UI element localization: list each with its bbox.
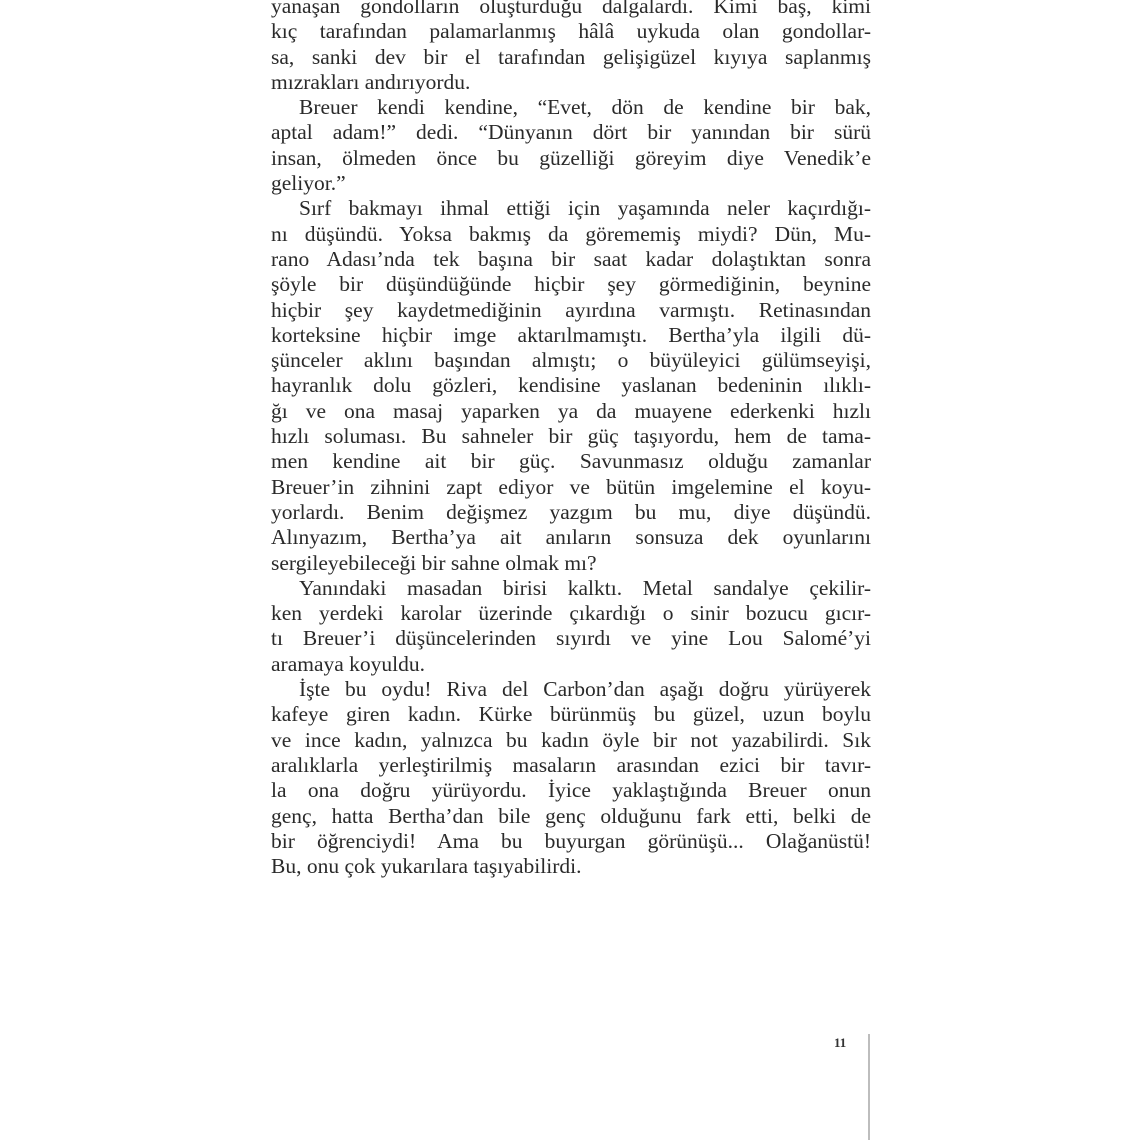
page-number: 11 (834, 1035, 846, 1051)
text-line: mızrakları andırıyordu. (271, 70, 871, 95)
text-line: tı Breuer’i düşüncelerinden sıyırdı ve y… (271, 626, 871, 651)
text-line: Breuer kendi kendine, “Evet, dön de kend… (271, 95, 871, 120)
text-line: yanaşan gondolların oluşturduğu dalgalar… (271, 0, 871, 19)
text-line: hiçbir şey kaydetmediğinin ayırdına varm… (271, 298, 871, 323)
text-line: hayranlık dolu gözleri, kendisine yaslan… (271, 373, 871, 398)
text-line: kafeye giren kadın. Kürke bürünmüş bu gü… (271, 702, 871, 727)
text-line: korteksine hiçbir imge aktarılmamıştı. B… (271, 323, 871, 348)
text-line: şöyle bir düşündüğünde hiçbir şey görmed… (271, 272, 871, 297)
text-line: şünceler aklını başından almıştı; o büyü… (271, 348, 871, 373)
text-line: ve ince kadın, yalnızca bu kadın öyle bi… (271, 728, 871, 753)
text-line: genç, hatta Bertha’dan bile genç olduğun… (271, 804, 871, 829)
text-line: Alınyazım, Bertha’ya ait anıların sonsuz… (271, 525, 871, 550)
text-line: Bu, onu çok yukarılara taşıyabilirdi. (271, 854, 871, 879)
text-line: Breuer’in zihnini zapt ediyor ve bütün i… (271, 475, 871, 500)
text-line: hızlı soluması. Bu sahneler bir güç taşı… (271, 424, 871, 449)
text-line: yorlardı. Benim değişmez yazgım bu mu, d… (271, 500, 871, 525)
page-edge-rule (868, 1034, 870, 1140)
text-line: İşte bu oydu! Riva del Carbon’dan aşağı … (271, 677, 871, 702)
text-line: Sırf bakmayı ihmal ettiği için yaşamında… (271, 196, 871, 221)
text-line: ğı ve ona masaj yaparken ya da muayene e… (271, 399, 871, 424)
text-line: sa, sanki dev bir el tarafından gelişigü… (271, 45, 871, 70)
text-line: rano Adası’nda tek başına bir saat kadar… (271, 247, 871, 272)
text-line: men kendine ait bir güç. Savunmasız oldu… (271, 449, 871, 474)
text-line: kıç tarafından palamarlanmış hâlâ uykuda… (271, 19, 871, 44)
text-line: la ona doğru yürüyordu. İyice yaklaştığı… (271, 778, 871, 803)
text-line: nı düşündü. Yoksa bakmış da görememiş mi… (271, 222, 871, 247)
text-line: geliyor.” (271, 171, 871, 196)
text-line: aramaya koyuldu. (271, 652, 871, 677)
text-line: insan, ölmeden önce bu güzelliği göreyim… (271, 146, 871, 171)
text-line: Yanındaki masadan birisi kalktı. Metal s… (271, 576, 871, 601)
text-line: ken yerdeki karolar üzerinde çıkardığı o… (271, 601, 871, 626)
text-line: bir öğrenciydi! Ama bu buyurgan görünüşü… (271, 829, 871, 854)
book-page-text: yanaşan gondolların oluşturduğu dalgalar… (271, 0, 871, 879)
text-line: aralıklarla yerleştirilmiş masaların ara… (271, 753, 871, 778)
text-line: sergileyebileceği bir sahne olmak mı? (271, 551, 871, 576)
text-line: aptal adam!” dedi. “Dünyanın dört bir ya… (271, 120, 871, 145)
